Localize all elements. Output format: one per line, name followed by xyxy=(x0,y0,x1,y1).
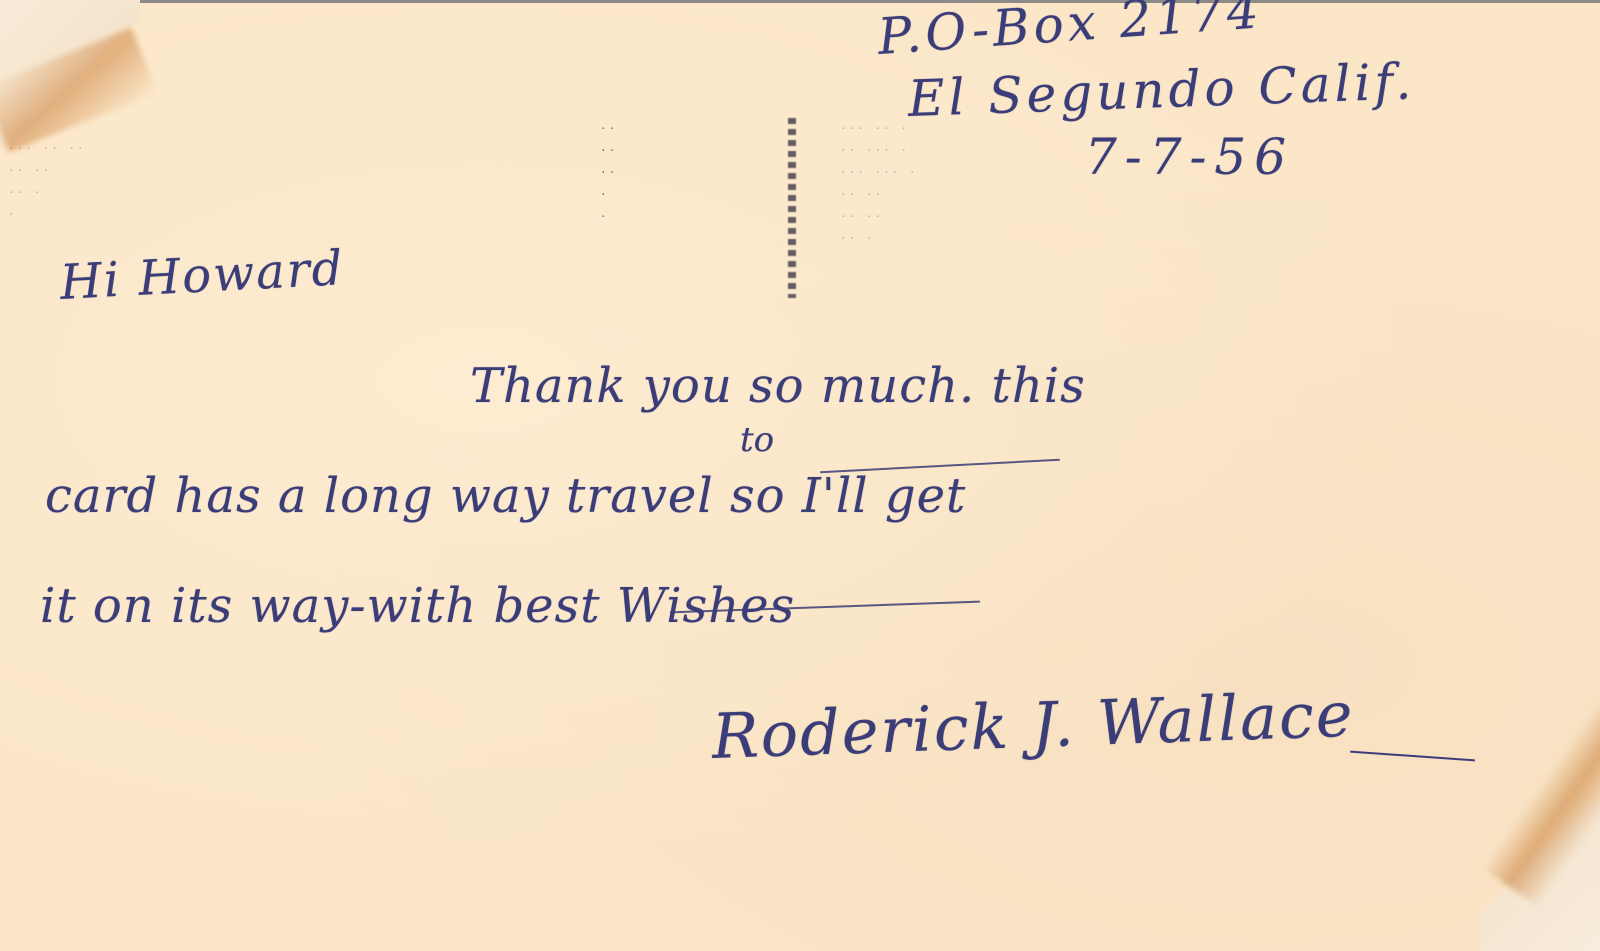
return-address-po-box: P.O-Box 2174 xyxy=(876,0,1264,66)
message-line-1: Thank you so much. this xyxy=(470,358,1086,414)
message-line-2: card has a long way travel so I'll get xyxy=(45,468,966,524)
signature-flourish xyxy=(1350,751,1475,762)
postmark-bleedthrough-left: ··· ·· ·· ·· ·· ·· · · xyxy=(8,138,86,226)
return-address-city: El Segundo Calif. xyxy=(907,52,1416,128)
letter-date: 7-7-56 xyxy=(1085,128,1294,186)
postmark-bleedthrough-center: ·· ·· ·· · · xyxy=(600,118,617,228)
greeting: Hi Howard xyxy=(59,240,346,311)
signature: Roderick J. Wallace xyxy=(711,678,1356,773)
postmark-bleedthrough-right: ··· ·· · ·· ··· · ··· ··· · ·· ·· ·· ·· … xyxy=(840,118,918,250)
message-insertion: to xyxy=(740,420,774,460)
postmark-cancel-bar xyxy=(788,118,796,298)
message-line-3: it on its way-with best Wishes xyxy=(40,578,795,634)
postcard: ··· ·· ·· ·· ·· ·· · · ·· ·· ·· · · ··· … xyxy=(0,0,1600,951)
